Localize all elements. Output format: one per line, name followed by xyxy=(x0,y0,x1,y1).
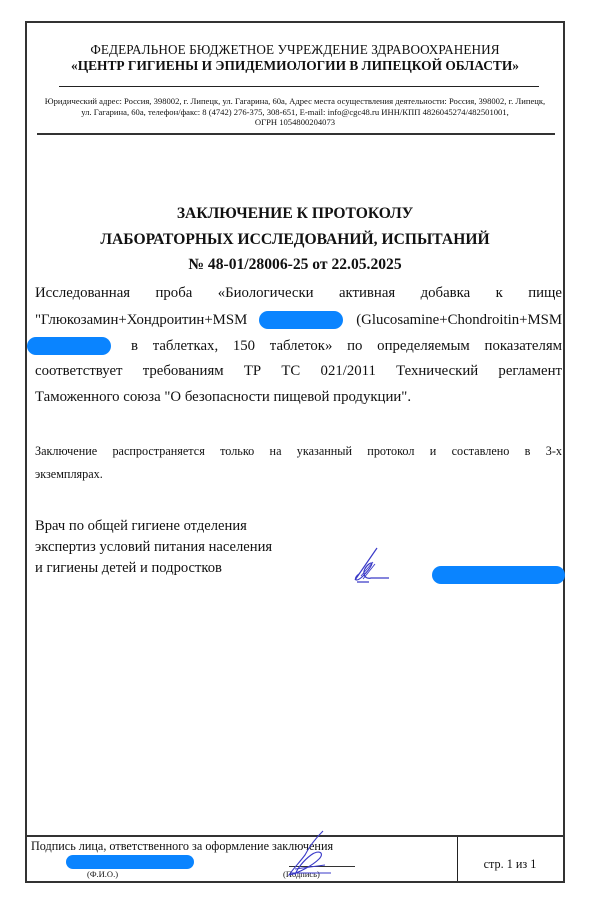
address-line: ул. Гагарина, 60а, телефон/факс: 8 (4742… xyxy=(33,107,557,118)
signatory-line: и гигиены детей и подростков xyxy=(35,558,272,579)
body-line: Исследованная проба «Биологически активн… xyxy=(35,285,562,302)
product-name-ru: "Глюкозамин+Хондроитин+MSM xyxy=(35,312,247,329)
responsible-name-redaction xyxy=(66,855,194,869)
address-line: ОГРН 1054800204073 xyxy=(33,117,557,128)
handwritten-signature xyxy=(349,546,399,586)
document-title-line2: ЛАБОРАТОРНЫХ ИССЛЕДОВАНИЙ, ИСПЫТАНИЙ xyxy=(27,231,563,249)
footer: Подпись лица, ответственного за оформлен… xyxy=(27,835,563,881)
body-line: в таблетках, 150 таблеток» по определяем… xyxy=(35,337,562,355)
address-divider xyxy=(37,133,555,135)
body-line: "Глюкозамин+Хондроитин+MSM (Glucosamine+… xyxy=(35,311,562,329)
product-name-en: (Glucosamine+Chondroitin+MSM xyxy=(356,312,562,329)
document-title-line1: ЗАКЛЮЧЕНИЕ К ПРОТОКОЛУ xyxy=(27,205,563,223)
protocol-number: № 48-01/28006-25 от 22.05.2025 xyxy=(27,256,563,274)
page-number: стр. 1 из 1 xyxy=(457,857,563,872)
responsible-signature xyxy=(275,829,335,881)
validity-note-cont: экземплярах. xyxy=(35,467,562,482)
organization-name-line2: «ЦЕНТР ГИГИЕНЫ И ЭПИДЕМИОЛОГИИ В ЛИПЕЦКО… xyxy=(27,58,563,74)
address-line: Юридический адрес: Россия, 398002, г. Ли… xyxy=(33,96,557,107)
organization-name-line1: ФЕДЕРАЛЬНОЕ БЮДЖЕТНОЕ УЧРЕЖДЕНИЕ ЗДРАВОО… xyxy=(27,42,563,58)
fio-caption: (Ф.И.О.) xyxy=(87,869,118,879)
signatory-name-redaction xyxy=(432,566,565,584)
signatory-line: Врач по общей гигиене отделения xyxy=(35,516,272,537)
product-form-text: в таблетках, 150 таблеток» по определяем… xyxy=(131,338,562,355)
document-frame: ФЕДЕРАЛЬНОЕ БЮДЖЕТНОЕ УЧРЕЖДЕНИЕ ЗДРАВОО… xyxy=(25,21,565,883)
body-line: Таможенного союза "О безопасности пищево… xyxy=(35,389,562,406)
redaction-mark xyxy=(259,311,343,329)
redaction-mark xyxy=(27,337,111,355)
signatory-line: экспертиз условий питания населения xyxy=(35,537,272,558)
header-divider xyxy=(59,86,539,87)
organization-address: Юридический адрес: Россия, 398002, г. Ли… xyxy=(33,96,557,128)
body-line: соответствует требованиям ТР ТС 021/2011… xyxy=(35,363,562,380)
signatory-position: Врач по общей гигиене отделения эксперти… xyxy=(35,516,272,579)
validity-note: Заключение распространяется только на ук… xyxy=(35,444,562,459)
